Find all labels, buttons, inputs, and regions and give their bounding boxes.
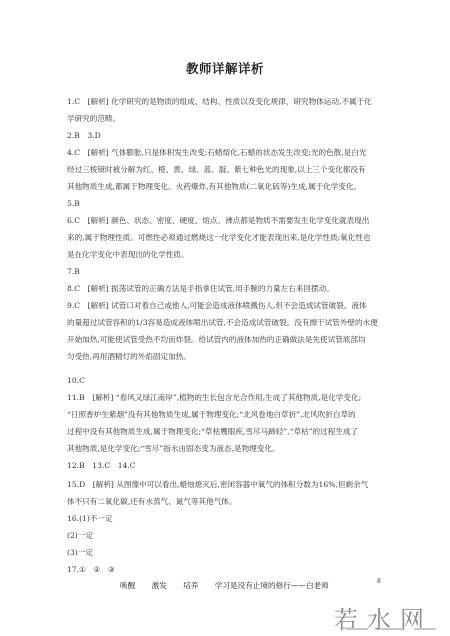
footer-item: 唤醒 <box>120 581 135 590</box>
page-title: 教师详解详析 <box>0 59 450 77</box>
text-line: 的量超过试管容积的1/3容易造成液体喷出试管,不会造成试管破裂。没有擦干试管外壁… <box>67 318 383 328</box>
text-line: 是在化学变化中表现出的化学性质。 <box>67 250 383 260</box>
text-line: 4.C [解析] 气体膨胀,只是体积发生改变;石蜡熔化,石蜡的状态发生改变;光的… <box>67 148 383 158</box>
text-line: 开始加热,可能使试管受热不均而炸裂。给试管内的液体加热的正确做法是先使试管底部均 <box>67 335 383 345</box>
page-number: 8 <box>377 578 381 585</box>
text-line: 5.B <box>67 199 383 209</box>
footer-item: 培养 <box>183 581 198 590</box>
text-line: 体不只有二氧化碳,还有水蒸气、氮气等其他气体。 <box>67 497 383 507</box>
text-line: 其他物质生成,都属于物理变化。火药爆炸,有其他物质(二氧化硫等)生成,属于化学变… <box>67 182 383 192</box>
text-line: 16.(1)不一定 <box>67 514 383 524</box>
text-line: 12.B 13.C 14.C <box>67 461 383 471</box>
text-line: 学研究的范畴。 <box>67 114 383 124</box>
text-line: 9.C [解析] 试管口对着自己或他人,可能会造成液体喷溅伤人,但不会造成试管破… <box>67 301 383 311</box>
text-line: 经过三棱镜时被分解为红、橙、黄、绿、蓝、靛、紫七种色光的现象,以上三个变化都没有 <box>67 165 383 175</box>
watermark-underline <box>346 628 436 630</box>
text-line: 8.C [解析] 振荡试管的正确方法是手指拿住试管,用手腕的力量左右来回摆动。 <box>67 284 383 294</box>
text-line: 7.B <box>67 267 383 277</box>
text-line: 过程中没有其他物质生成,属于物理变化;“草枯鹰眼疾,雪尽马蹄轻”,“草枯”的过程… <box>67 427 383 437</box>
footer-item: 学习是没有止境的修行——白老师 <box>215 581 329 590</box>
text-line: 1.C [解析] 化学研究的是物质的组成、结构、性质以及变化规律，研究物体运动,… <box>67 97 383 107</box>
text-line: (2)一定 <box>67 531 383 541</box>
text-line: “日照香炉生紫烟”没有其他物质生成,属于物理变化;“北风卷地白草折”,北风吹折白… <box>67 410 383 420</box>
text-line: 15.D [解析] 从图像中可以看出,蜡烛熄灭后,密闭容器中氧气的体积分数为16… <box>67 480 383 490</box>
footer-item: 激发 <box>152 581 167 590</box>
text-line: 10.C <box>67 376 383 386</box>
footer-motto: 唤醒 激发 培养 学习是没有止境的修行——白老师 <box>120 580 343 591</box>
text-line: 6.C [解析] 颜色、状态、密度、硬度、熔点、沸点都是物质不需要发生化学变化就… <box>67 216 383 226</box>
document-page: 教师详解详析 1.C [解析] 化学研究的是物质的组成、结构、性质以及变化规律，… <box>0 0 450 636</box>
text-line: 来的,属于物理性质。可燃性必须通过燃烧这一化学变化才能表现出来,是化学性质;氧化… <box>67 233 383 243</box>
text-line: 匀受热,再用酒精灯的外焰固定加热。 <box>67 352 383 362</box>
text-line: 17.① ② ③ <box>67 565 383 575</box>
text-line: (3)一定 <box>67 548 383 558</box>
text-line: 其他物质,是化学变化;“雪尽”指水由固态变为液态,是物理变化。 <box>67 444 383 454</box>
text-line: 11.B [解析] “春风又绿江南岸”,植物的生长包含光合作用,生成了其他物质,… <box>67 393 383 403</box>
text-line: 2.B 3.D <box>67 131 383 141</box>
